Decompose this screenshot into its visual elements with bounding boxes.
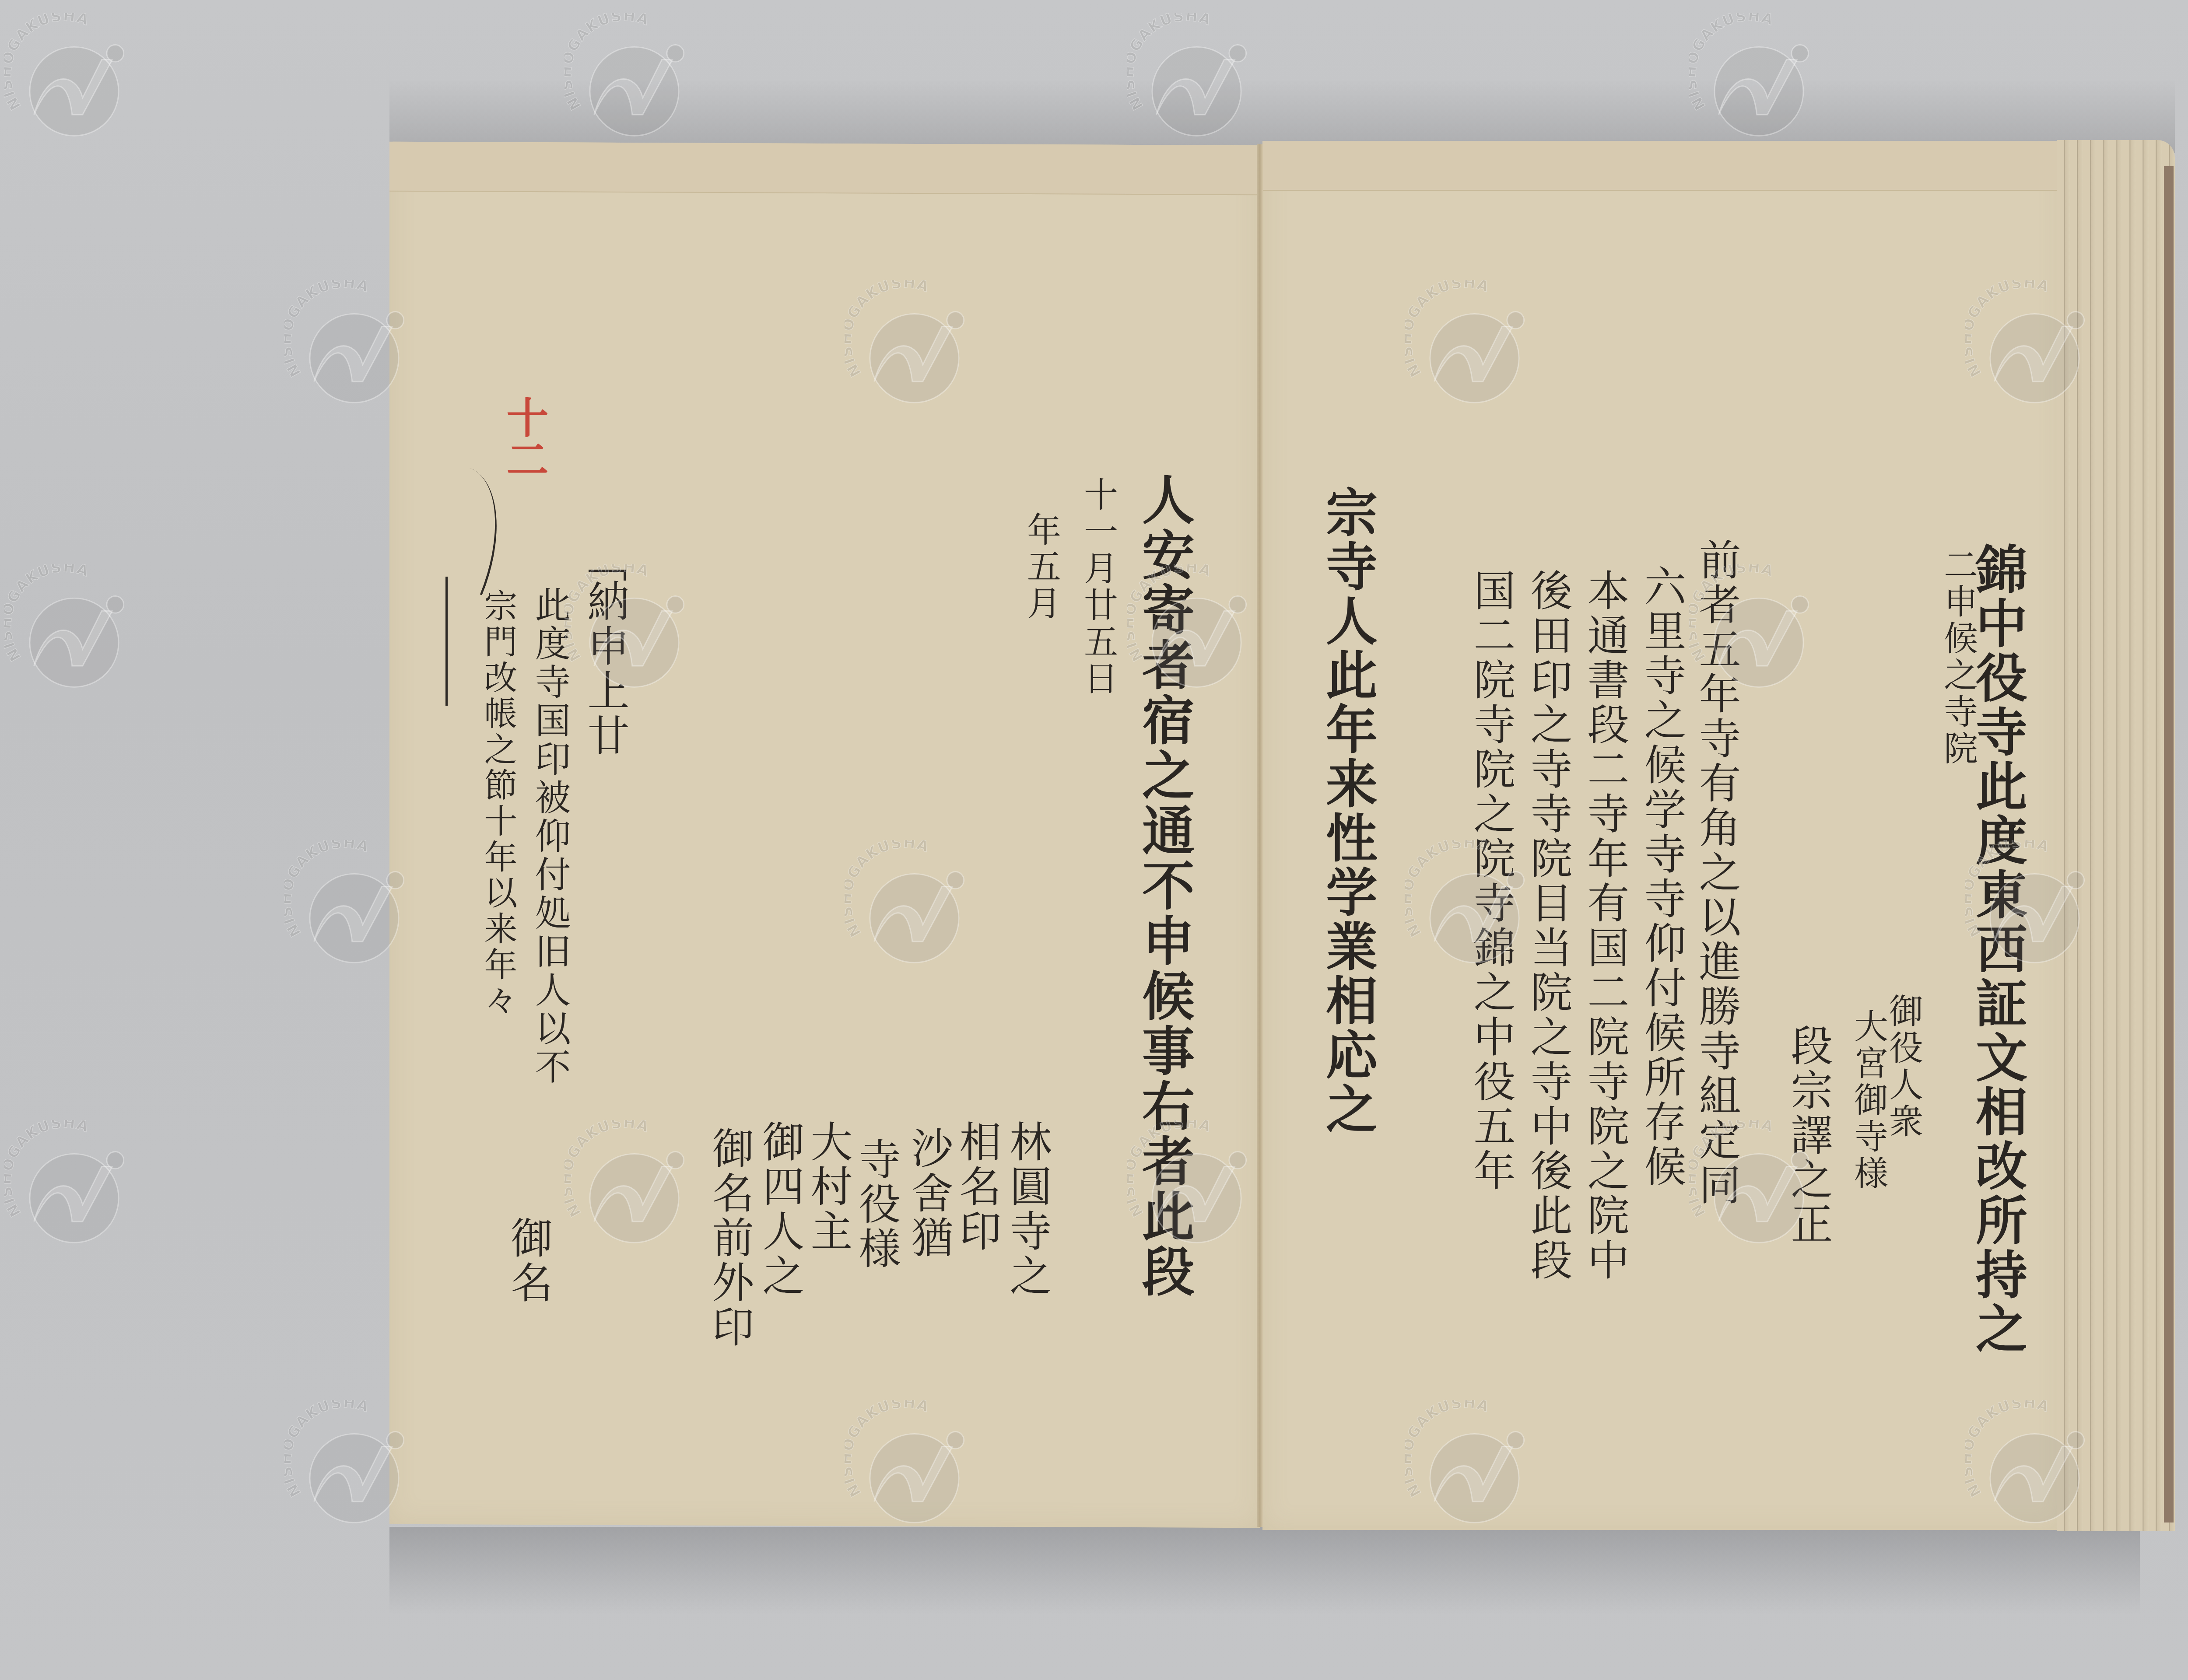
right-column-11: 宗寺人此年来性学業相応之	[1322, 486, 1373, 1137]
watermark-logo-icon: NISHOGAKUSHA	[1965, 280, 2092, 407]
watermark-logo-icon: NISHOGAKUSHA	[1405, 840, 1532, 967]
right-column-4: 大宮御寺様	[1851, 1008, 1885, 1192]
left-signatory-6: 御四人之	[759, 1120, 801, 1298]
watermark-logo-icon: NISHOGAKUSHA	[845, 1400, 971, 1527]
left-addressee: 御名	[508, 1216, 550, 1305]
watermark-logo-icon: NISHOGAKUSHA	[1689, 564, 1816, 691]
watermark-logo-icon: NISHOGAKUSHA	[4, 564, 131, 691]
right-column-2: 二申候之寺院	[1941, 547, 1975, 767]
left-page	[389, 142, 1260, 1528]
watermark-logo-icon: NISHOGAKUSHA	[284, 840, 411, 967]
watermark-logo-icon: NISHOGAKUSHA	[1965, 840, 2092, 967]
left-column-date: 十一月廿五日	[1081, 477, 1115, 697]
left-signatory-4: 寺役様	[856, 1137, 898, 1271]
watermark-logo-icon: NISHOGAKUSHA	[565, 1120, 691, 1247]
left-signatory-2: 相名印	[956, 1120, 998, 1254]
watermark-logo-icon: NISHOGAKUSHA	[284, 1400, 411, 1527]
right-column-8: 本通書段二寺年有国二院寺院之院中	[1584, 569, 1626, 1283]
manuscript-photo: 十二 納申上廿 此度寺国印被仰付処旧人以不 宗門改帳之節十年以来年々 人安寄者宿…	[0, 0, 2188, 1680]
left-signatory-3: 沙舍猶	[908, 1127, 950, 1260]
watermark-logo-icon: NISHOGAKUSHA	[845, 840, 971, 967]
book-shadow-bottom	[389, 1527, 2140, 1614]
right-page-top-margin	[1262, 141, 2063, 191]
watermark-logo-icon: NISHOGAKUSHA	[1689, 1120, 1816, 1247]
right-column-7: 六里寺之候学寺寺仰付候所存候	[1641, 564, 1683, 1189]
left-signatory-7: 御名前外印	[709, 1127, 751, 1350]
watermark-logo-icon: NISHOGAKUSHA	[1127, 13, 1254, 140]
watermark-logo-icon: NISHOGAKUSHA	[565, 564, 691, 691]
watermark-logo-icon: NISHOGAKUSHA	[4, 1120, 131, 1247]
left-signatory-1: 林圓寺之	[1006, 1120, 1048, 1298]
watermark-logo-icon: NISHOGAKUSHA	[4, 13, 131, 140]
watermark-logo-icon: NISHOGAKUSHA	[1405, 1400, 1532, 1527]
left-column-year: 年五月	[1024, 512, 1058, 622]
note-line-2: 宗門改帳之節十年以来年々	[481, 588, 515, 1019]
watermark-logo-icon: NISHOGAKUSHA	[1405, 280, 1532, 407]
center-fold	[1257, 144, 1263, 1527]
right-column-9: 後田印之寺寺院目当院之寺中後此段	[1527, 569, 1569, 1283]
left-page-top-margin	[389, 142, 1260, 196]
left-signatory-5: 大村主	[807, 1120, 849, 1254]
watermark-logo-icon: NISHOGAKUSHA	[565, 13, 691, 140]
bracket-vertical-mark	[445, 577, 448, 706]
watermark-logo-icon: NISHOGAKUSHA	[1127, 564, 1254, 691]
watermark-logo-icon: NISHOGAKUSHA	[1689, 13, 1816, 140]
book-cover-edge	[2164, 166, 2174, 1522]
note-line-1: 此度寺国印被仰付処旧人以不	[532, 586, 568, 1087]
watermark-logo-icon: NISHOGAKUSHA	[1127, 1120, 1254, 1247]
red-page-number: 十二	[503, 396, 545, 480]
right-column-3: 御役人衆	[1886, 993, 1920, 1140]
watermark-logo-icon: NISHOGAKUSHA	[1965, 1400, 2092, 1527]
watermark-logo-icon: NISHOGAKUSHA	[284, 280, 411, 407]
watermark-logo-icon: NISHOGAKUSHA	[845, 280, 971, 407]
